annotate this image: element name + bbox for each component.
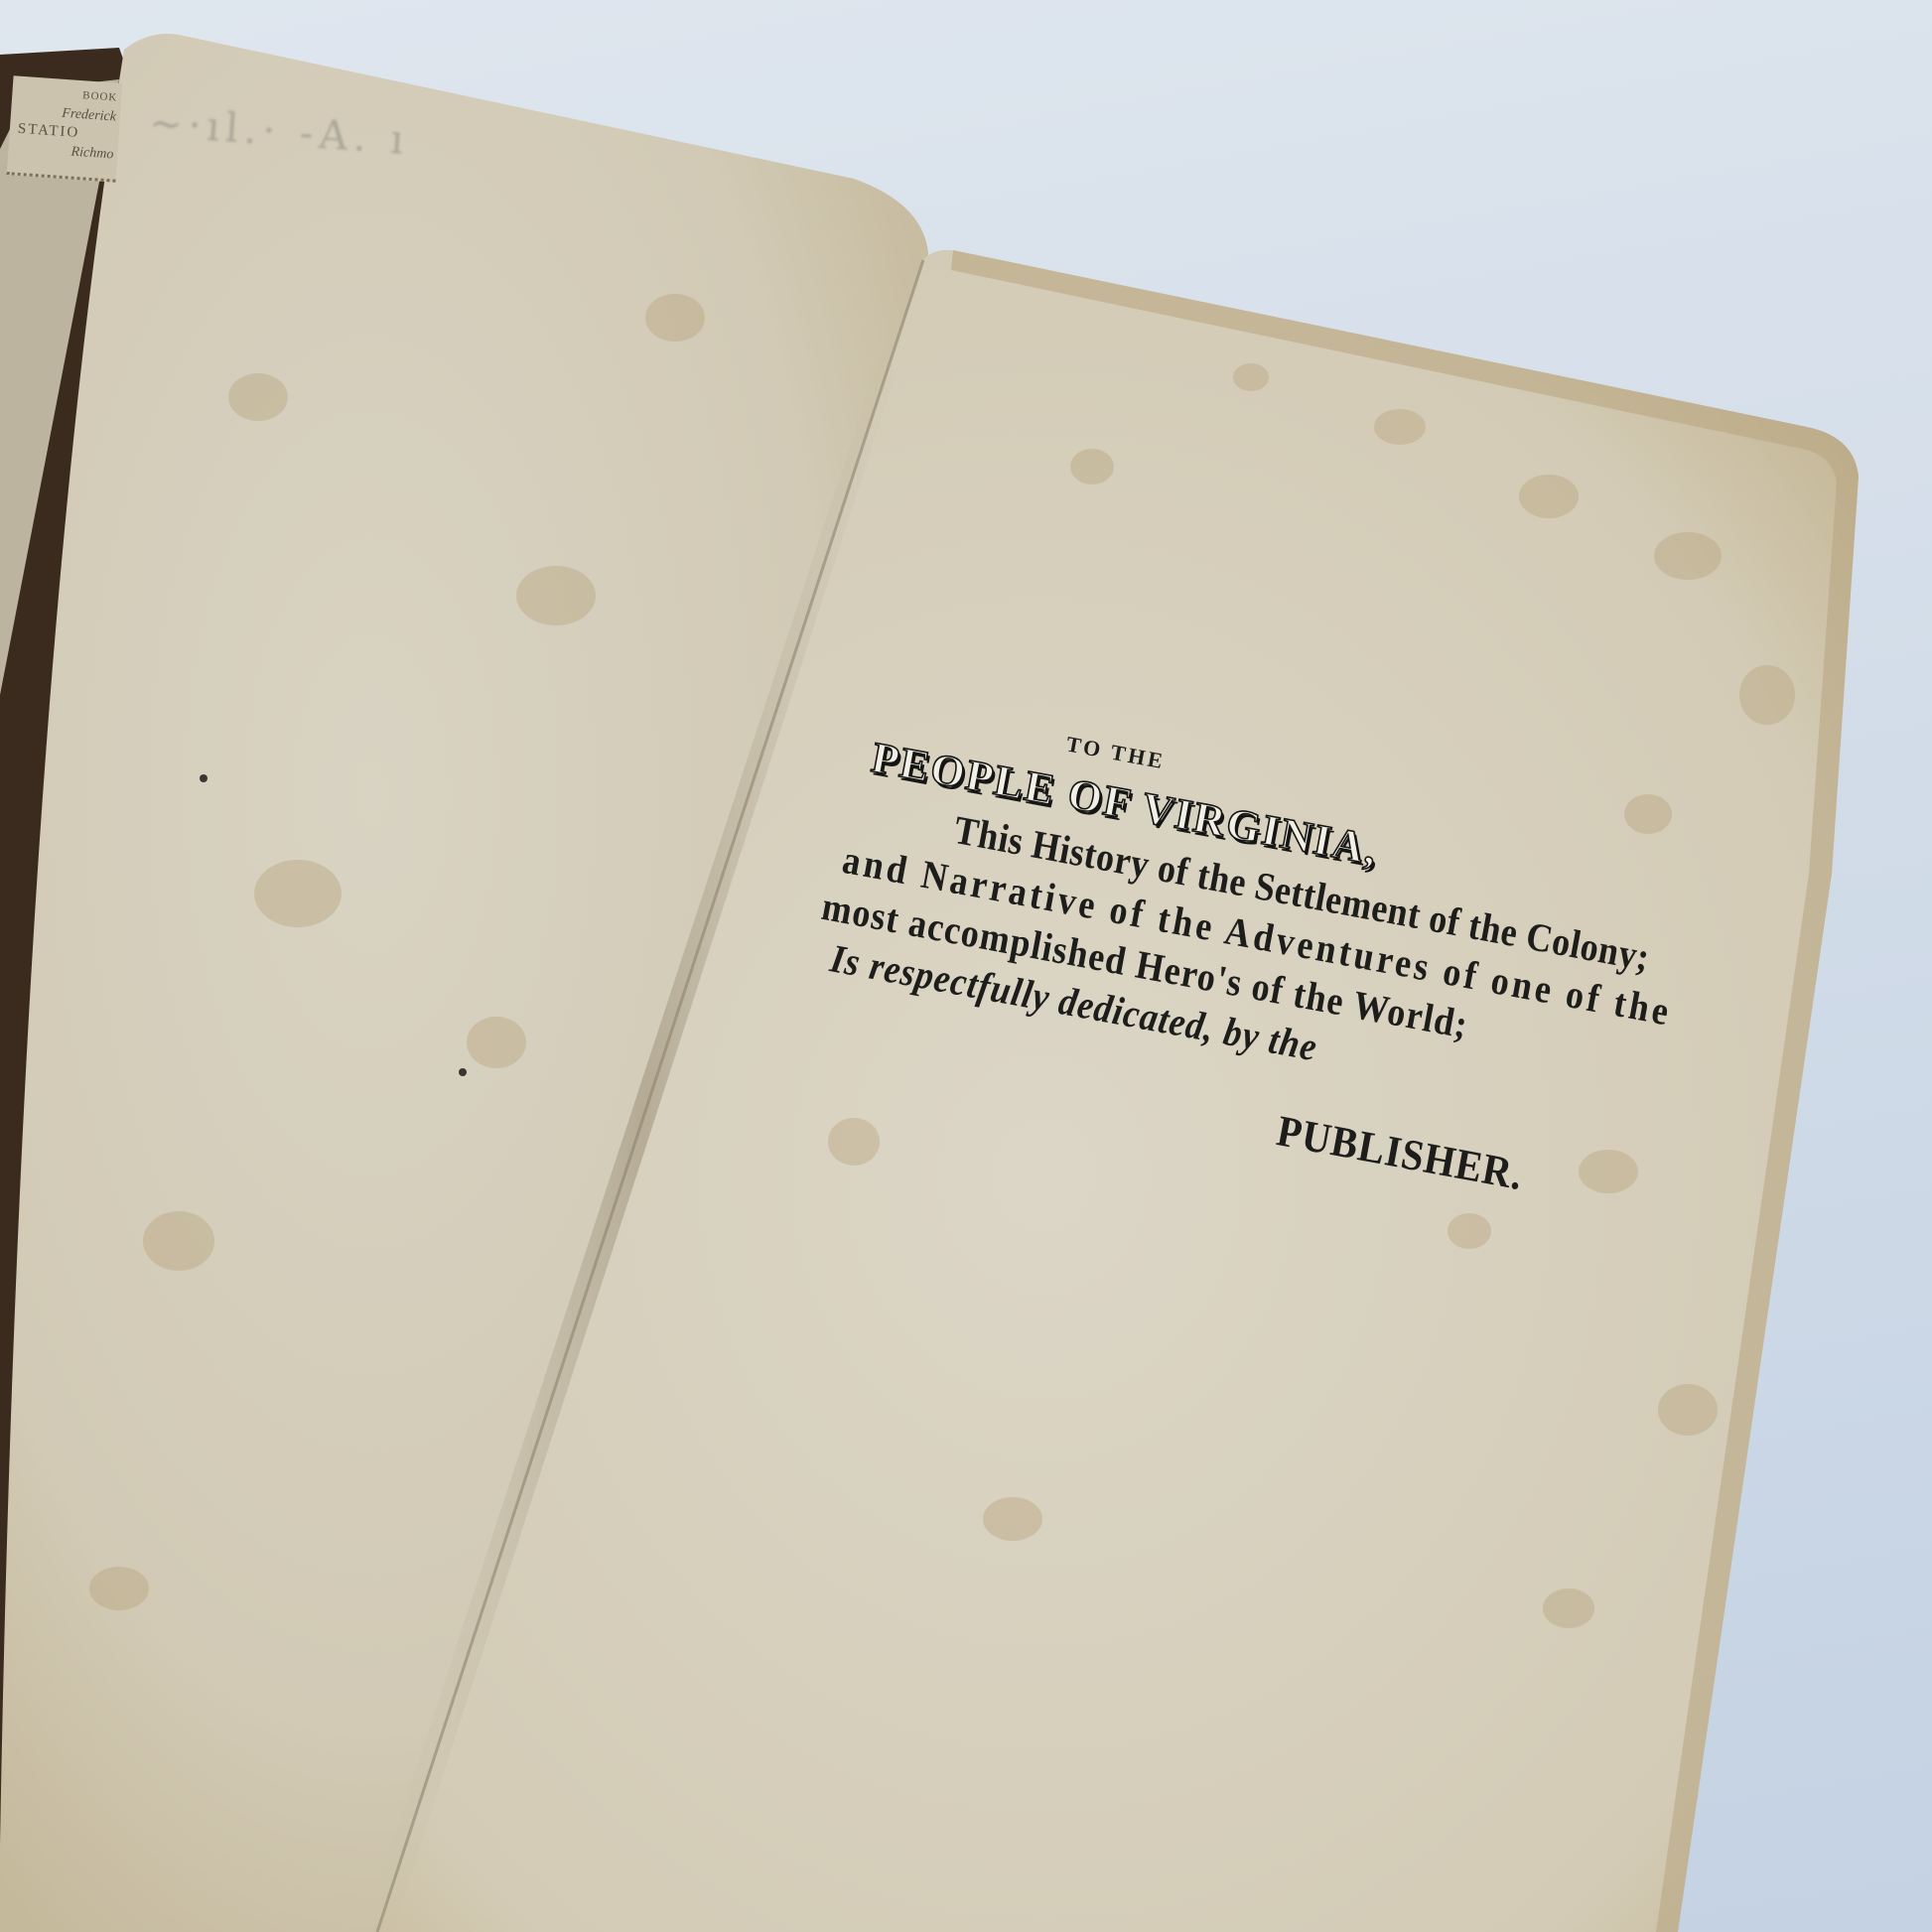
photo-scene: BOOK Frederick STATIO Richmo ~·ıl.· -A. … <box>0 0 1932 1932</box>
bookseller-label: BOOK Frederick STATIO Richmo <box>7 75 123 182</box>
